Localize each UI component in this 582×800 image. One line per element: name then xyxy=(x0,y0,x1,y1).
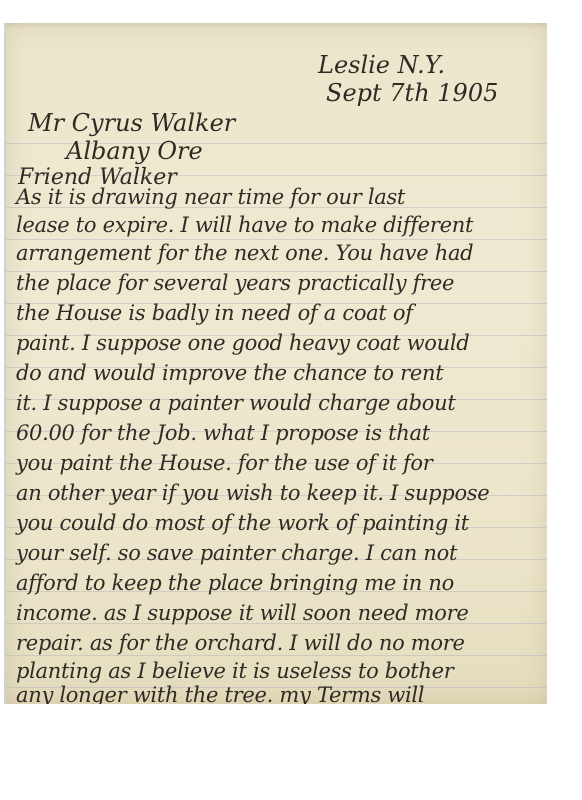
letter-page: Leslie N.Y. Sept 7th 1905 Mr Cyrus Walke… xyxy=(4,23,547,704)
ruled-line xyxy=(6,655,547,656)
body-line: your self. so save painter charge. I can… xyxy=(16,541,457,565)
recipient-name: Mr Cyrus Walker xyxy=(28,109,235,137)
fold-shadow-top xyxy=(6,23,547,29)
body-line: any longer with the tree. my Terms will xyxy=(16,683,424,704)
body-line: afford to keep the place bringing me in … xyxy=(16,571,454,595)
body-line: an other year if you wish to keep it. I … xyxy=(16,481,489,505)
letter-date: Sept 7th 1905 xyxy=(326,79,498,107)
recipient-location: Albany Ore xyxy=(66,137,203,165)
body-line: As it is drawing near time for our last xyxy=(16,185,405,209)
letter-place: Leslie N.Y. xyxy=(318,51,445,79)
body-line: paint. I suppose one good heavy coat wou… xyxy=(16,331,469,355)
body-line: the place for several years practically … xyxy=(16,271,454,295)
body-line: repair. as for the orchard. I will do no… xyxy=(16,631,465,655)
body-line: it. I suppose a painter would charge abo… xyxy=(16,391,456,415)
body-line: you paint the House. for the use of it f… xyxy=(16,451,433,475)
body-line: planting as I believe it is useless to b… xyxy=(16,659,454,683)
body-line: arrangement for the next one. You have h… xyxy=(16,241,473,265)
body-line: income. as I suppose it will soon need m… xyxy=(16,601,469,625)
body-line: 60.00 for the Job. what I propose is tha… xyxy=(16,421,430,445)
body-line: lease to expire. I will have to make dif… xyxy=(16,213,473,237)
body-line: do and would improve the chance to rent xyxy=(16,361,443,385)
body-line: the House is badly in need of a coat of xyxy=(16,301,413,325)
ruled-line xyxy=(6,239,547,240)
body-line: you could do most of the work of paintin… xyxy=(16,511,469,535)
